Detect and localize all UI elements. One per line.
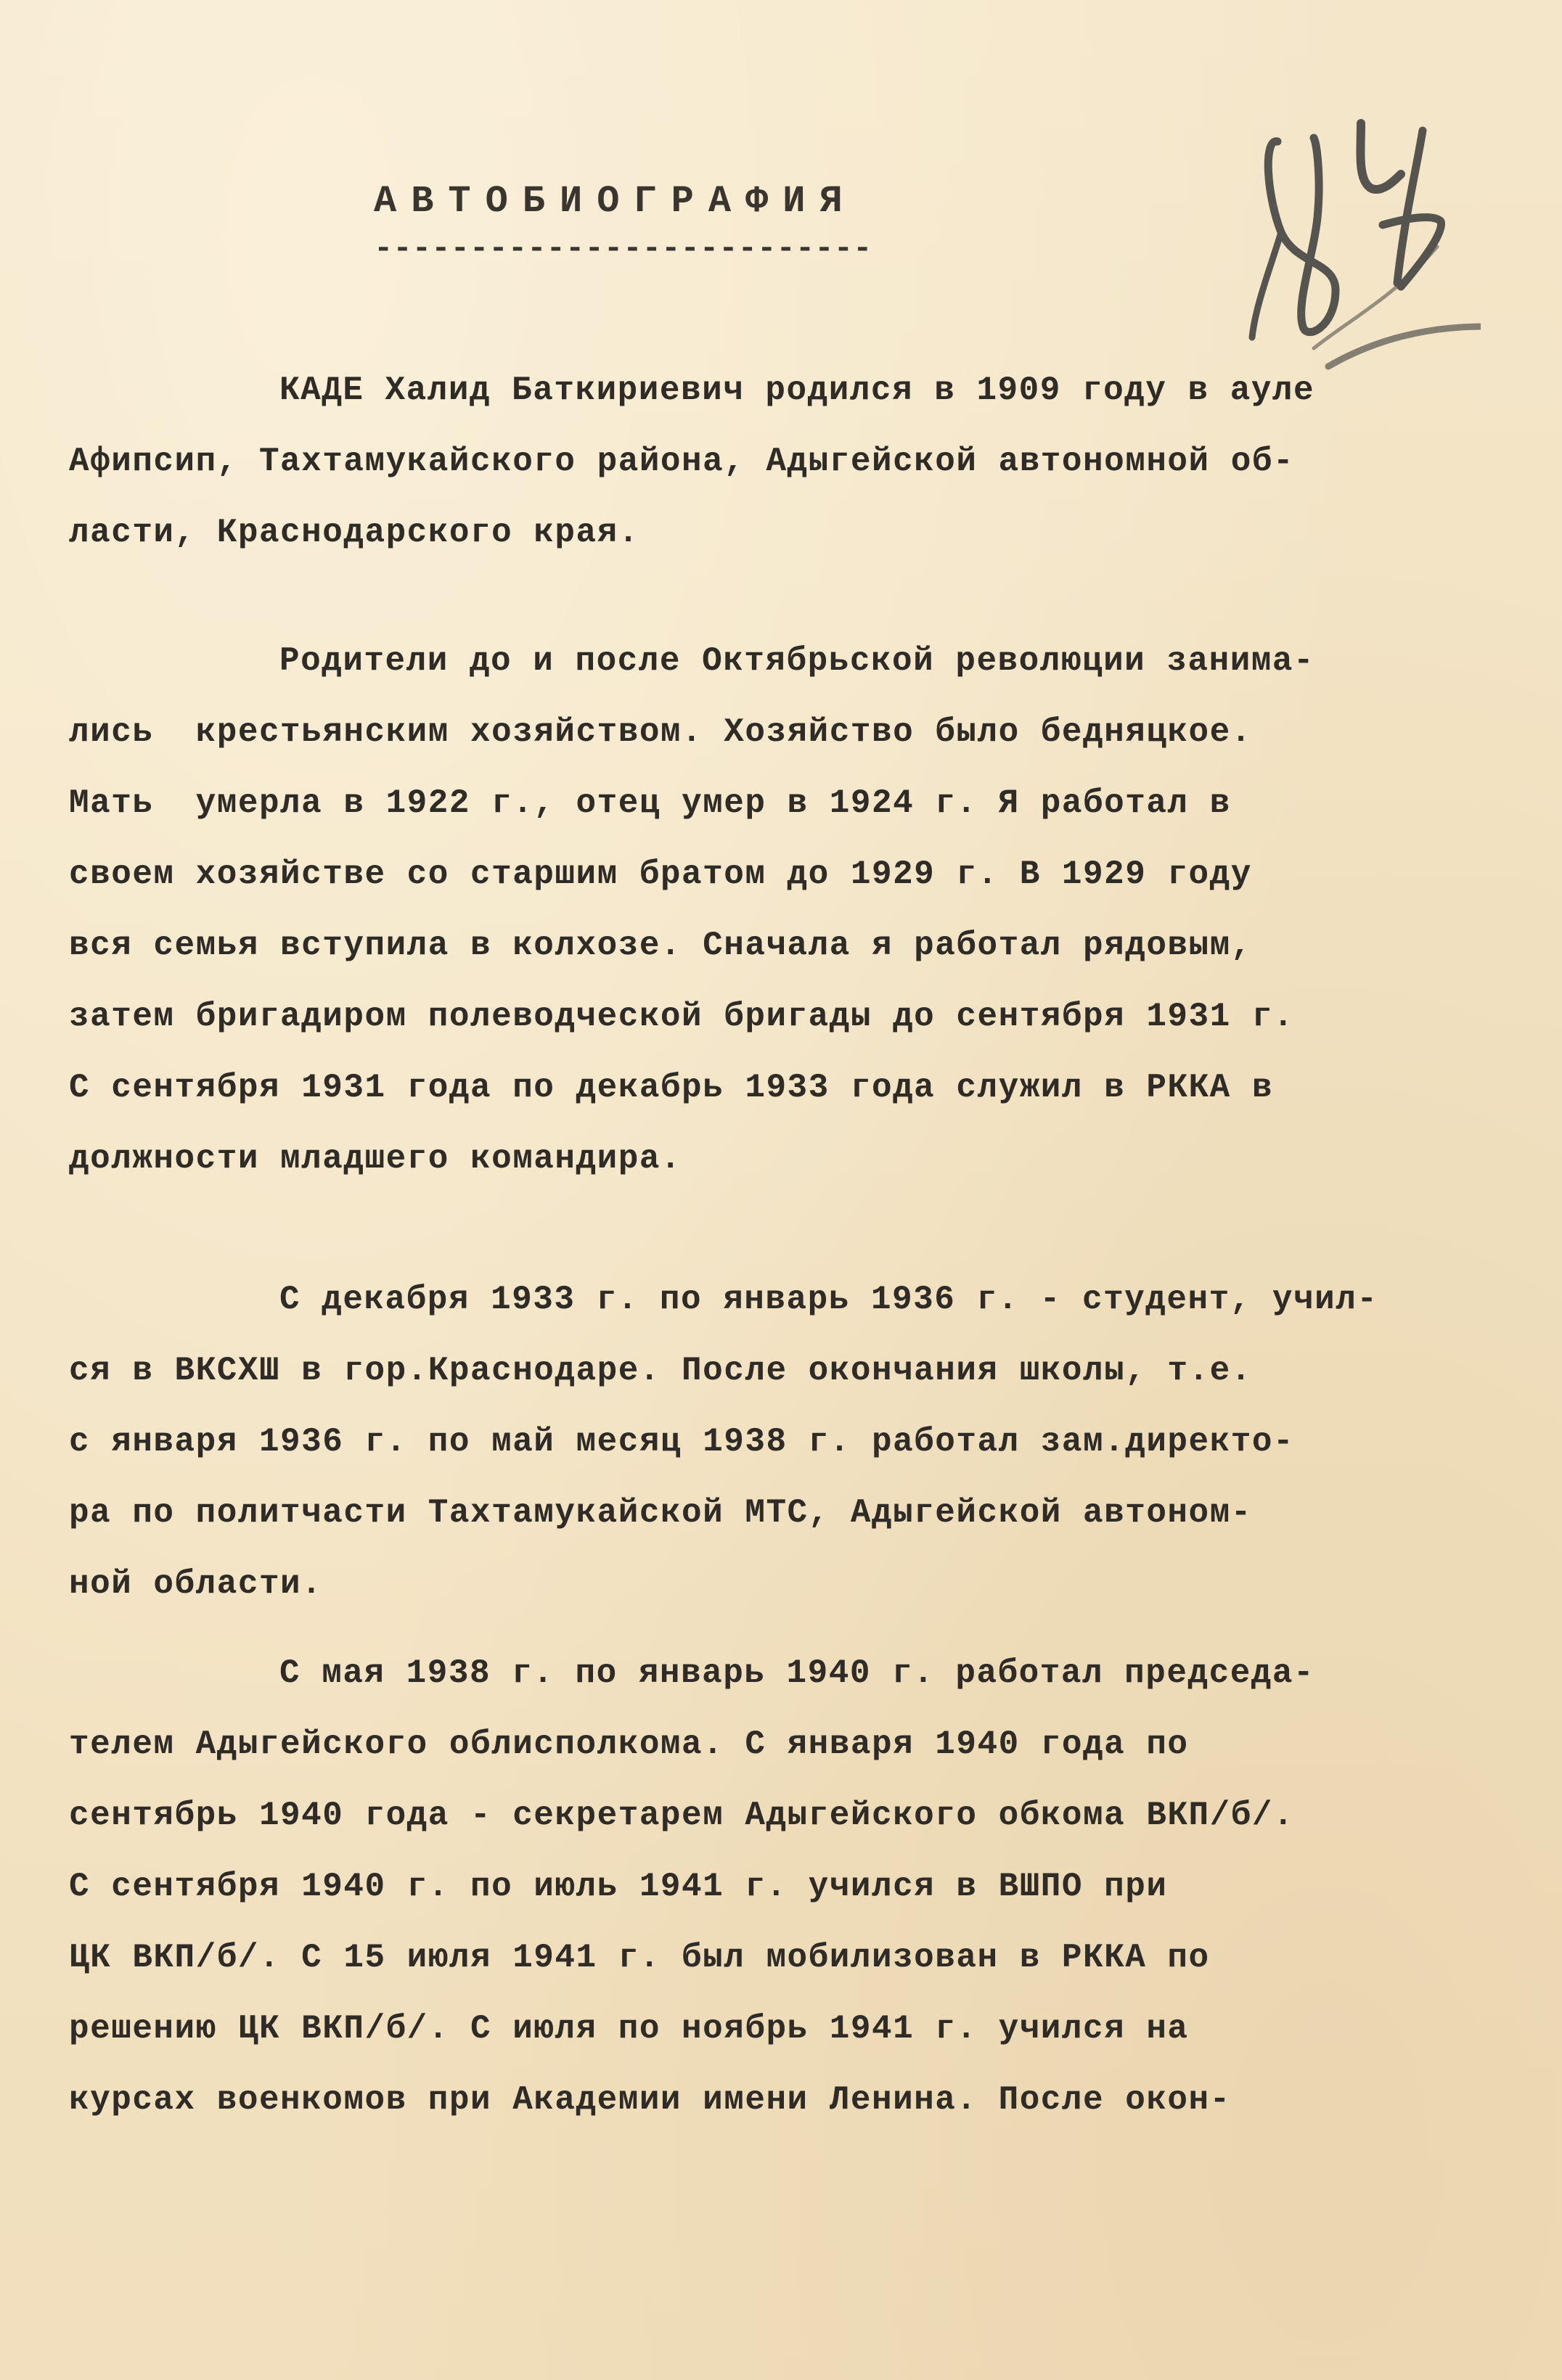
document-title: АВТОБИОГРАФИЯ <box>374 180 857 223</box>
document-line: с января 1936 г. по май месяц 1938 г. ра… <box>69 1423 1294 1461</box>
document-line: ся в ВКСХШ в гор.Краснодаре. После оконч… <box>69 1352 1252 1390</box>
document-line: курсах военкомов при Академии имени Лени… <box>69 2081 1231 2119</box>
document-line: С декабря 1933 г. по январь 1936 г. - ст… <box>279 1281 1378 1318</box>
document-line: Афипсип, Тахтамукайского района, Адыгейс… <box>69 443 1294 480</box>
document-line: телем Адыгейского облисполкома. С января… <box>69 1725 1189 1763</box>
document-line: С сентября 1940 г. по июль 1941 г. училс… <box>69 1868 1167 1905</box>
document-line: своем хозяйстве со старшим братом до 192… <box>69 855 1252 893</box>
document-line: ра по политчасти Тахтамукайской МТС, Ады… <box>69 1494 1252 1532</box>
document-line: ной области. <box>69 1565 322 1603</box>
document-line: лись крестьянским хозяйством. Хозяйство … <box>69 713 1252 751</box>
document-line: вся семья вступила в колхозе. Сначала я … <box>69 927 1252 964</box>
document-line: С сентября 1931 года по декабрь 1933 год… <box>69 1069 1273 1107</box>
document-line: Мать умерла в 1922 г., отец умер в 1924 … <box>69 784 1231 822</box>
document-line: затем бригадиром полеводческой бригады д… <box>69 998 1294 1035</box>
title-underline: -------------------------- <box>374 231 872 267</box>
document-line: КАДЕ Халид Баткириевич родился в 1909 го… <box>279 372 1314 409</box>
document-line: Родители до и после Октябрьской революци… <box>279 642 1314 680</box>
document-line: С мая 1938 г. по январь 1940 г. работал … <box>279 1654 1314 1692</box>
document-line: решению ЦК ВКП/б/. С июля по ноябрь 1941… <box>69 2010 1189 2048</box>
document-line: должности младшего командира. <box>69 1140 682 1178</box>
document-line: ЦК ВКП/б/. С 15 июля 1941 г. был мобилиз… <box>69 1939 1210 1977</box>
document-line: ласти, Краснодарского края. <box>69 514 639 551</box>
handwritten-folio-number: 87 <box>1227 109 1481 370</box>
document-line: сентябрь 1940 года - секретарем Адыгейск… <box>69 1797 1294 1834</box>
